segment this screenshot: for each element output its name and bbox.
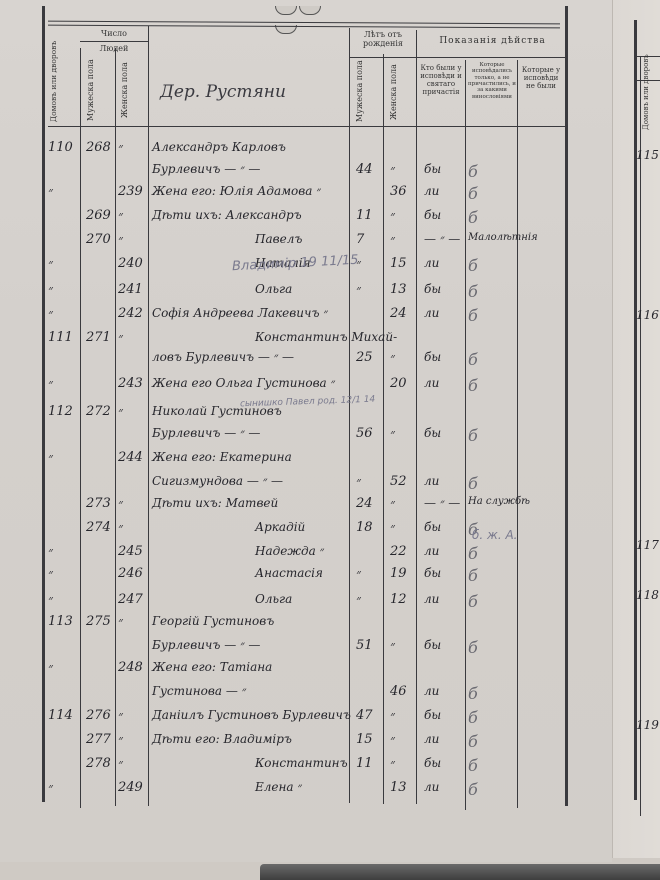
header-rule (80, 41, 148, 42)
male-number: 273 (86, 496, 111, 511)
village-heading: Дер. Рустяни (160, 82, 286, 102)
house-number: ״ (48, 660, 53, 676)
age-female: ״ (390, 708, 395, 724)
male-number: 268 (86, 140, 111, 155)
header-confessed-only: Которые исповѣдались только, а не причас… (467, 62, 517, 100)
age-male: ״ (356, 282, 361, 298)
house-number: ״ (48, 544, 53, 560)
confession-mark: ли (424, 544, 439, 558)
male-number: 274 (86, 520, 111, 535)
right-border (565, 6, 568, 806)
person-name: Аркадій (255, 520, 305, 534)
header-age-female: Женска пола (389, 62, 413, 122)
female-number: ״ (118, 520, 123, 536)
pencil-note: б. ж. А. (472, 528, 518, 542)
confession-mark: ли (424, 256, 439, 270)
house-number: ״ (48, 256, 53, 272)
female-number: ״ (118, 708, 123, 724)
confession-mark: бы (424, 708, 441, 722)
age-male: 11 (356, 208, 373, 223)
confession-mark: ли (424, 780, 439, 794)
person-name: Жена его: Татіана (152, 660, 272, 674)
person-name: Даніилъ Густиновъ Бурлевичъ (152, 708, 351, 722)
check-mark: б (468, 732, 478, 751)
female-number: 242 (118, 306, 143, 321)
left-border (42, 6, 45, 802)
age-male: ״ (356, 474, 361, 490)
check-mark: б (468, 208, 478, 227)
age-female: ״ (390, 496, 395, 512)
confession-mark: бы (424, 426, 441, 440)
check-mark: б (468, 544, 478, 563)
header-lyudey: Людей (82, 44, 146, 53)
age-female: ״ (390, 350, 395, 366)
age-female: ״ (390, 162, 395, 178)
remark: Малолѣтнія (468, 232, 538, 243)
person-name: Дѣти его: Владиміръ (152, 732, 292, 746)
confession-mark: ли (424, 684, 439, 698)
check-mark: б (468, 756, 478, 775)
age-female: 13 (390, 780, 407, 795)
person-name: Жена его: Юлія Адамова ״ (152, 184, 321, 199)
confession-mark: ли (424, 474, 439, 488)
female-number: ״ (118, 614, 123, 630)
check-mark: б (468, 426, 478, 445)
house-number: ״ (48, 592, 53, 608)
female-number: ״ (118, 232, 123, 248)
adjacent-house-number: 119 (636, 718, 659, 732)
female-number: 249 (118, 780, 143, 795)
age-male: 24 (356, 496, 373, 511)
house-number: ״ (48, 306, 53, 322)
printed-ornament-icon (275, 0, 345, 8)
age-female: ״ (390, 638, 395, 654)
male-number: 278 (86, 756, 111, 771)
header-chislo: Число (82, 29, 146, 38)
check-mark: б (468, 780, 478, 799)
header-confessed: Кто были у исповѣди и святаго причастія (418, 64, 464, 96)
col-divider (80, 48, 81, 808)
female-number: ״ (118, 140, 123, 156)
confession-mark: бы (424, 162, 441, 176)
header-female: Женска пола (120, 58, 144, 122)
header-rule (349, 57, 565, 58)
confession-mark: ли (424, 592, 439, 606)
male-number: 271 (86, 330, 111, 345)
house-number: ״ (48, 282, 53, 298)
header-bottom-rule (48, 126, 565, 127)
person-name: Александръ Карловъ (152, 140, 286, 154)
check-mark: б (468, 350, 478, 369)
female-number: ״ (118, 404, 123, 420)
female-number: 246 (118, 566, 143, 581)
male-number: 275 (86, 614, 111, 629)
check-mark: б (468, 256, 478, 275)
confession-mark: бы (424, 566, 441, 580)
person-name: Ольга (255, 282, 292, 296)
age-female: ״ (390, 208, 395, 224)
age-male: ״ (356, 592, 361, 608)
person-name: Константинъ (255, 756, 348, 770)
col-divider (416, 30, 417, 804)
female-number: 241 (118, 282, 143, 297)
female-number: 243 (118, 376, 143, 391)
remark: На службѣ (468, 496, 530, 507)
house-number: 114 (48, 708, 73, 723)
female-number: ״ (118, 756, 123, 772)
house-number: 113 (48, 614, 73, 629)
house-number: 110 (48, 140, 73, 155)
person-name: Дѣти ихъ: Александръ (152, 208, 302, 222)
check-mark: б (468, 592, 478, 611)
house-number: ״ (48, 566, 53, 582)
person-name: Георгій Густиновъ (152, 614, 274, 628)
person-name: Павелъ (255, 232, 302, 246)
age-female: ״ (390, 232, 395, 248)
male-number: 277 (86, 732, 111, 747)
age-male: ״ (356, 566, 361, 582)
house-number: ״ (48, 450, 53, 466)
header-let: Лѣтъ отъ рожденія (351, 30, 415, 48)
adjacent-house-number: 116 (636, 308, 659, 322)
person-name: Ольга (255, 592, 292, 606)
female-number: 245 (118, 544, 143, 559)
person-name: Сигизмундова — ״ — (152, 474, 283, 489)
male-number: 276 (86, 708, 111, 723)
adjacent-border (634, 20, 637, 800)
age-male: 11 (356, 756, 373, 771)
adjacent-house-number: 115 (636, 148, 659, 162)
col-divider (517, 60, 518, 808)
age-female: 46 (390, 684, 407, 699)
age-female: ״ (390, 756, 395, 772)
confession-mark: ли (424, 184, 439, 198)
check-mark: б (468, 684, 478, 703)
age-male: 25 (356, 350, 373, 365)
adjacent-house-number: 118 (636, 588, 659, 602)
check-mark: б (468, 162, 478, 181)
female-number: ״ (118, 732, 123, 748)
person-name: Жена его: Екатерина (152, 450, 292, 464)
female-number: ״ (118, 496, 123, 512)
confession-mark: — ״ — (424, 232, 460, 247)
header-age-male: Мужеска пола (355, 62, 379, 122)
age-male: 7 (356, 232, 364, 247)
person-name: Надежда ״ (255, 544, 324, 559)
person-name: Густинова — ״ (152, 684, 246, 699)
male-number: 270 (86, 232, 111, 247)
check-mark: б (468, 638, 478, 657)
header-not-confessed: Которые у исповѣди не были (519, 66, 563, 90)
age-female: 20 (390, 376, 407, 391)
age-female: 52 (390, 474, 407, 489)
house-number: ״ (48, 376, 53, 392)
female-number: ״ (118, 330, 123, 346)
age-female: 22 (390, 544, 407, 559)
age-female: 19 (390, 566, 407, 581)
age-female: ״ (390, 732, 395, 748)
female-number: 239 (118, 184, 143, 199)
age-female: ״ (390, 426, 395, 442)
check-mark: б (468, 376, 478, 395)
adjacent-col (640, 56, 641, 816)
confession-mark: бы (424, 282, 441, 296)
age-male: 51 (356, 638, 373, 653)
person-name: Бурлевичъ — ״ — (152, 638, 260, 653)
male-number: 272 (86, 404, 111, 419)
check-mark: б (468, 474, 478, 493)
adjacent-header-house: Домовъ или дворовъ (642, 60, 658, 130)
table-surface (260, 864, 660, 880)
house-number: 111 (48, 330, 73, 345)
age-male: 47 (356, 708, 373, 723)
confession-mark: бы (424, 520, 441, 534)
check-mark: б (468, 306, 478, 325)
confession-mark: — ״ — (424, 496, 460, 511)
male-number: 269 (86, 208, 111, 223)
female-number: 240 (118, 256, 143, 271)
check-mark: б (468, 184, 478, 203)
col-divider (148, 26, 149, 806)
confession-mark: ли (424, 732, 439, 746)
confession-mark: бы (424, 638, 441, 652)
confession-mark: бы (424, 756, 441, 770)
person-name: Анастасія (255, 566, 323, 580)
age-female: 24 (390, 306, 407, 321)
age-male: 18 (356, 520, 373, 535)
age-female: 15 (390, 256, 407, 271)
age-female: 13 (390, 282, 407, 297)
house-number: ״ (48, 780, 53, 796)
check-mark: б (468, 566, 478, 585)
check-mark: б (468, 708, 478, 727)
age-male: 56 (356, 426, 373, 441)
house-number: 112 (48, 404, 73, 419)
age-female: 12 (390, 592, 407, 607)
person-name: Софія Андреева Лакевичъ ״ (152, 306, 328, 321)
age-male: 44 (356, 162, 373, 177)
person-name: ловъ Бурлевичъ — ״ — (152, 350, 294, 365)
header-male: Мужеска пола (86, 58, 110, 122)
female-number: 247 (118, 592, 143, 607)
person-name: Елена ״ (255, 780, 302, 795)
house-number: ״ (48, 184, 53, 200)
person-name: Дѣти ихъ: Матвей (152, 496, 278, 510)
female-number: 244 (118, 450, 143, 465)
confession-mark: бы (424, 208, 441, 222)
age-female: 36 (390, 184, 407, 199)
age-male: 15 (356, 732, 373, 747)
confession-mark: бы (424, 350, 441, 364)
col-divider (115, 48, 116, 806)
col-divider (349, 28, 350, 803)
person-name: Бурлевичъ — ״ — (152, 426, 260, 441)
col-divider (383, 54, 384, 804)
confession-mark: ли (424, 306, 439, 320)
person-name: Константинъ Михай- (255, 330, 397, 344)
female-number: ״ (118, 208, 123, 224)
age-female: ״ (390, 520, 395, 536)
confession-mark: ли (424, 376, 439, 390)
col-divider (465, 60, 466, 810)
check-mark: б (468, 282, 478, 301)
person-name: Жена его Ольга Густинова ״ (152, 376, 335, 391)
female-number: 248 (118, 660, 143, 675)
person-name: Бурлевичъ — ״ — (152, 162, 260, 177)
header-pokazaniya: Показанія дѣйства (420, 36, 565, 46)
adjacent-house-number: 117 (636, 538, 659, 552)
header-house: Домовъ или дворовъ (50, 52, 76, 122)
